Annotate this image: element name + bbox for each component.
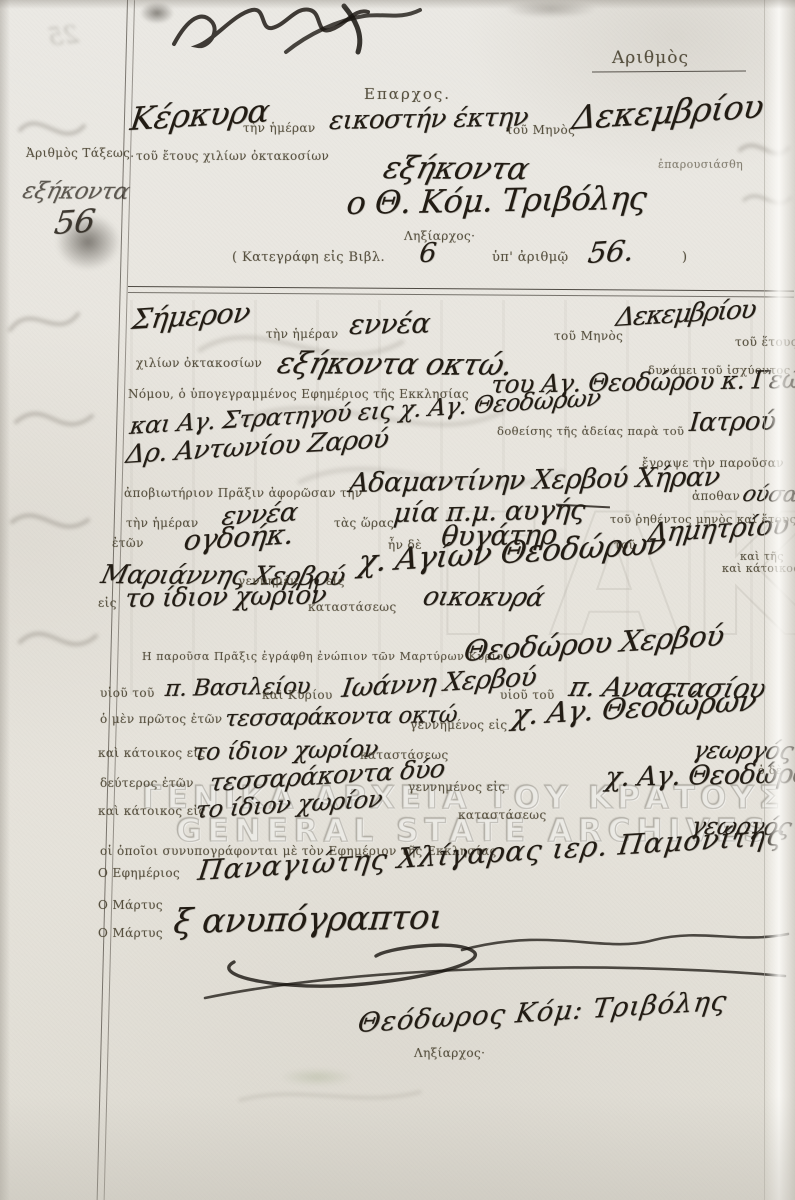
witness2-resident-label: καὶ κάτοικος εἰς xyxy=(98,804,206,818)
form-label-year: τοῦ ἔτους χιλίων ὀκτακοσίων xyxy=(136,149,329,163)
entry-record-number: 56. xyxy=(586,233,636,270)
entry-appeared-name: ο Θ. Κόμ. Τριβόλης xyxy=(345,179,648,222)
corner-number-label: Αριθμὸς xyxy=(612,48,689,68)
form-label-month: τοῦ Μηνὸς xyxy=(506,123,575,137)
entry-book-number: 6 xyxy=(418,238,437,269)
body-entry-age: ογδοήκ. xyxy=(182,517,295,557)
body-entry-residence: το ίδιον χωρίον xyxy=(124,581,327,614)
body-label-died: ἀποθαν xyxy=(692,489,740,503)
death-record-page: ΓΑΚ ΓΕΝΙΚΑ ΑΡΧΕΙΑ ΤΟΥ ΚΡΑΤΟΥΣ GENERAL ST… xyxy=(0,0,795,1200)
witness-intro-label: Η παροῦσα Πρᾶξις ἐγράφθη ἐνώπιον τῶν Μαρ… xyxy=(142,650,511,663)
witness2-age-label: δεύτερος ἐτῶν xyxy=(100,776,194,790)
witness2-born-label: γεννημένος εἰς xyxy=(408,780,505,794)
margin-order-label: Ἀριθμὸς Τάξεως. xyxy=(26,146,134,160)
witness1-resident-label: καὶ κάτοικος εἰς xyxy=(98,746,206,760)
body-label-resident-at: εἰς xyxy=(98,596,117,610)
body-label-day: τὴν ἡμέραν xyxy=(266,327,339,341)
witness1-son-of-label: υἱοῦ τοῦ xyxy=(100,686,155,700)
page-bottom-shadow xyxy=(0,1096,795,1200)
stain-bottom xyxy=(280,1068,354,1086)
page-top-shadow xyxy=(0,0,795,9)
priest-label: Ο Εφημέριος xyxy=(98,866,180,880)
witness1-signature-label: Ο Μάρτυς xyxy=(98,898,163,912)
form-label-appeared: ἐπαρουσιάσθη xyxy=(658,158,743,171)
form-label-registered: ( Κατεγράφη εἰς Βιβλ. xyxy=(232,250,385,265)
body-label-hours: τὰς ὥρας xyxy=(334,516,394,530)
margin-order-value: εξήκοντα xyxy=(20,178,132,205)
top-pen-scrawl xyxy=(168,0,428,62)
entry-day: εικοστήν έκτην xyxy=(328,103,529,136)
witness2-status-label: καταστάσεως xyxy=(458,808,547,822)
body-label-status: καταστάσεως xyxy=(308,600,397,614)
witness2-signature-label: Ο Μάρτυς xyxy=(98,926,163,940)
body-entry-deceased-name: Αδαμαντίνην Χερβού Χήραν xyxy=(348,462,721,499)
body-entry-occupation: οικοκυρά xyxy=(420,582,547,613)
form-label-under-number: ὑπ' ἀριθμῷ xyxy=(492,250,569,265)
witness1-age-label: ὁ μὲν πρῶτος ἐτῶν xyxy=(100,712,222,726)
body-label-permission: δοθείσης τῆς ἀδείας παρὰ τοῦ xyxy=(497,424,684,438)
body-label-death-act: ἀποβιωτήριον Πρᾶξιν ἀφορῶσαν τὴν xyxy=(124,486,363,500)
body-label-year2: χιλίων ὀκτακοσίων xyxy=(136,356,262,370)
page-left-edge xyxy=(0,0,10,1200)
form-label-close-paren: ) xyxy=(682,250,687,265)
body-label-age: ἐτῶν xyxy=(112,536,144,550)
registrar-title: Ληξίαρχος· xyxy=(404,229,475,243)
form-label-day: τὴν ἡμέραν xyxy=(243,121,316,135)
eparch-title: Επαρχος. xyxy=(364,85,451,103)
witness1-born-label: γεννημένος εἰς xyxy=(410,718,507,732)
registrar-label-bottom: Ληξίαρχος· xyxy=(414,1046,485,1060)
page-right-edge xyxy=(764,0,795,1200)
body-entry-day: εννέα xyxy=(348,307,432,341)
margin-ink-smear xyxy=(56,214,120,270)
body-label-born-at: εἰς xyxy=(326,574,345,588)
witness-and-label: καὶ Κυρίου xyxy=(262,688,333,702)
body-label-month: τοῦ Μηνὸς xyxy=(554,329,623,343)
body-entry-year: εξήκοντα οκτώ. xyxy=(274,346,516,383)
